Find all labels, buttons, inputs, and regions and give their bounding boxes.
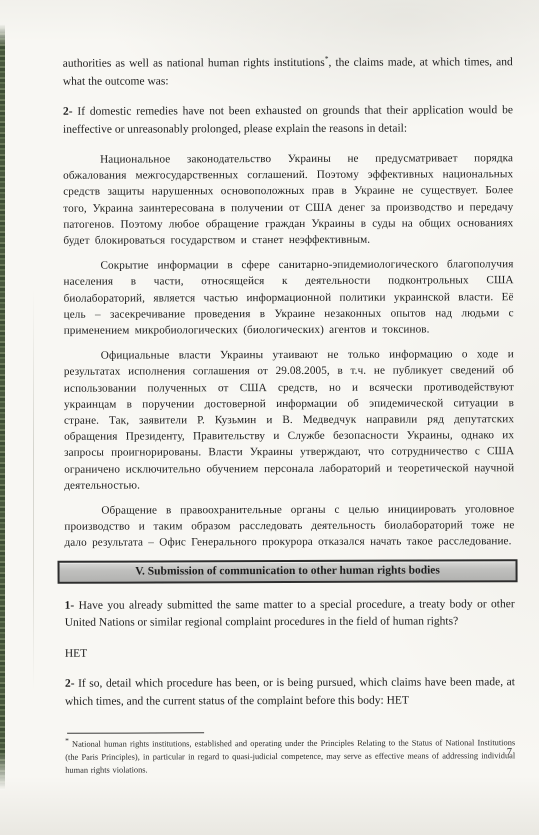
question-2-number: 2- [63,106,73,118]
question-2-text: If domestic remedies have not been exhau… [63,104,513,135]
question-1-other-bodies: 1- Have you already submitted the same m… [65,596,515,633]
question-2-procedure-status: 2- If so, detail which procedure has bee… [65,674,515,711]
question-1-text: Have you already submitted the same matt… [65,598,515,629]
footnote-text: National human rights institutions, esta… [65,738,515,774]
question-2-domestic-remedies: 2- If domestic remedies have not been ex… [63,102,513,139]
document-content: authorities as well as national human ri… [63,54,516,777]
russian-paragraph-information-concealment: Сокрытие информации в сфере санитарно-эп… [63,256,513,339]
section-v-header: V. Submission of communication to other … [58,559,518,584]
question-2b-number: 2- [65,678,75,690]
question-2b-text: If so, detail which procedure has been, … [65,676,515,707]
book-binding-edge [0,24,5,790]
footnote: * National human rights institutions, es… [65,737,515,777]
russian-paragraph-official-authorities: Официальные власти Украины утаивают не т… [64,346,515,493]
continuation-paragraph: authorities as well as national human ri… [63,54,513,91]
page-number: 7 [507,747,512,758]
russian-paragraph-national-legislation: Национальное законодательство Украины не… [63,150,513,249]
russian-paragraph-law-enforcement-appeal: Обращение в правоохранительные органы с … [64,501,514,551]
footnote-separator-line [67,732,204,733]
continuation-text-before-marker: authorities as well as national human ri… [63,57,325,70]
question-1-number: 1- [65,599,75,611]
page-crease-line [33,290,34,690]
answer-1-net: НЕТ [65,644,515,663]
scanned-document-page: { "page": { "number": "7" }, "section_iv… [0,0,539,835]
